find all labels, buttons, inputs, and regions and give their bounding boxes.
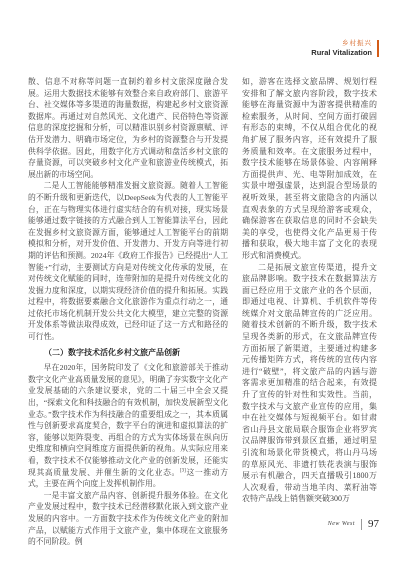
section-tag-divider-bar xyxy=(377,40,379,57)
paragraph-continuation: 散、信息不对称等问题一直制约着乡村文旅深度融合发展。运用大数据技术能够有效整合来… xyxy=(28,76,228,180)
page-footer: New West 97 xyxy=(328,518,379,530)
paragraph: 一是丰富文旅产品内容、创新提升服务体验。在文化产业发展过程中，数字技术已经潜移默… xyxy=(28,490,228,548)
paragraph: 早在2020年，国务院印发了《文化和旅游部关于推动数字文化产业高质量发展的意见》… xyxy=(28,362,228,490)
left-column: 散、信息不对称等问题一直制约着乡村文旅深度融合发展。运用大数据技术能够有效整合来… xyxy=(28,76,228,548)
right-column: 如，游客在选择文旅品牌、规划行程安排和了解文旅内容阶段，数字技术能够在海量资源中… xyxy=(242,76,377,548)
subsection-heading: （二）数字技术活化乡村文旅产品创新 xyxy=(28,347,228,359)
journal-page: 乡村振兴 Rural Vitalization 散、信息不对称等问题一直制约着乡… xyxy=(0,0,402,564)
article-body: 散、信息不对称等问题一直制约着乡村文旅深度融合发展。运用大数据技术能够有效整合来… xyxy=(28,76,377,548)
paragraph: 二是人工智能能够精准发掘文旅资源。随着人工智能的不断升级和更新迭代，以DeepS… xyxy=(28,180,228,342)
section-tag-text: 乡村振兴 Rural Vitalization xyxy=(311,40,372,58)
section-tag-chinese: 乡村振兴 xyxy=(311,40,372,48)
section-tag-english: Rural Vitalization xyxy=(311,48,372,57)
paragraph-continuation: 如，游客在选择文旅品牌、规划行程安排和了解文旅内容阶段，数字技术能够在海量资源中… xyxy=(242,76,377,262)
paragraph-text: 早在2020年，国务院印发了《文化和旅游部关于推动数字文化产业高质量发展的意见》… xyxy=(28,363,228,476)
section-tag: 乡村振兴 Rural Vitalization xyxy=(311,40,379,58)
paragraph: 二是拓展文旅宣传渠道，提升文旅品牌影响。数字技术在数据算法方面已经应用于文旅产业… xyxy=(242,262,377,505)
footer-divider-bar xyxy=(361,519,362,530)
journal-name: New West xyxy=(328,521,355,527)
page-number: 97 xyxy=(368,518,379,530)
